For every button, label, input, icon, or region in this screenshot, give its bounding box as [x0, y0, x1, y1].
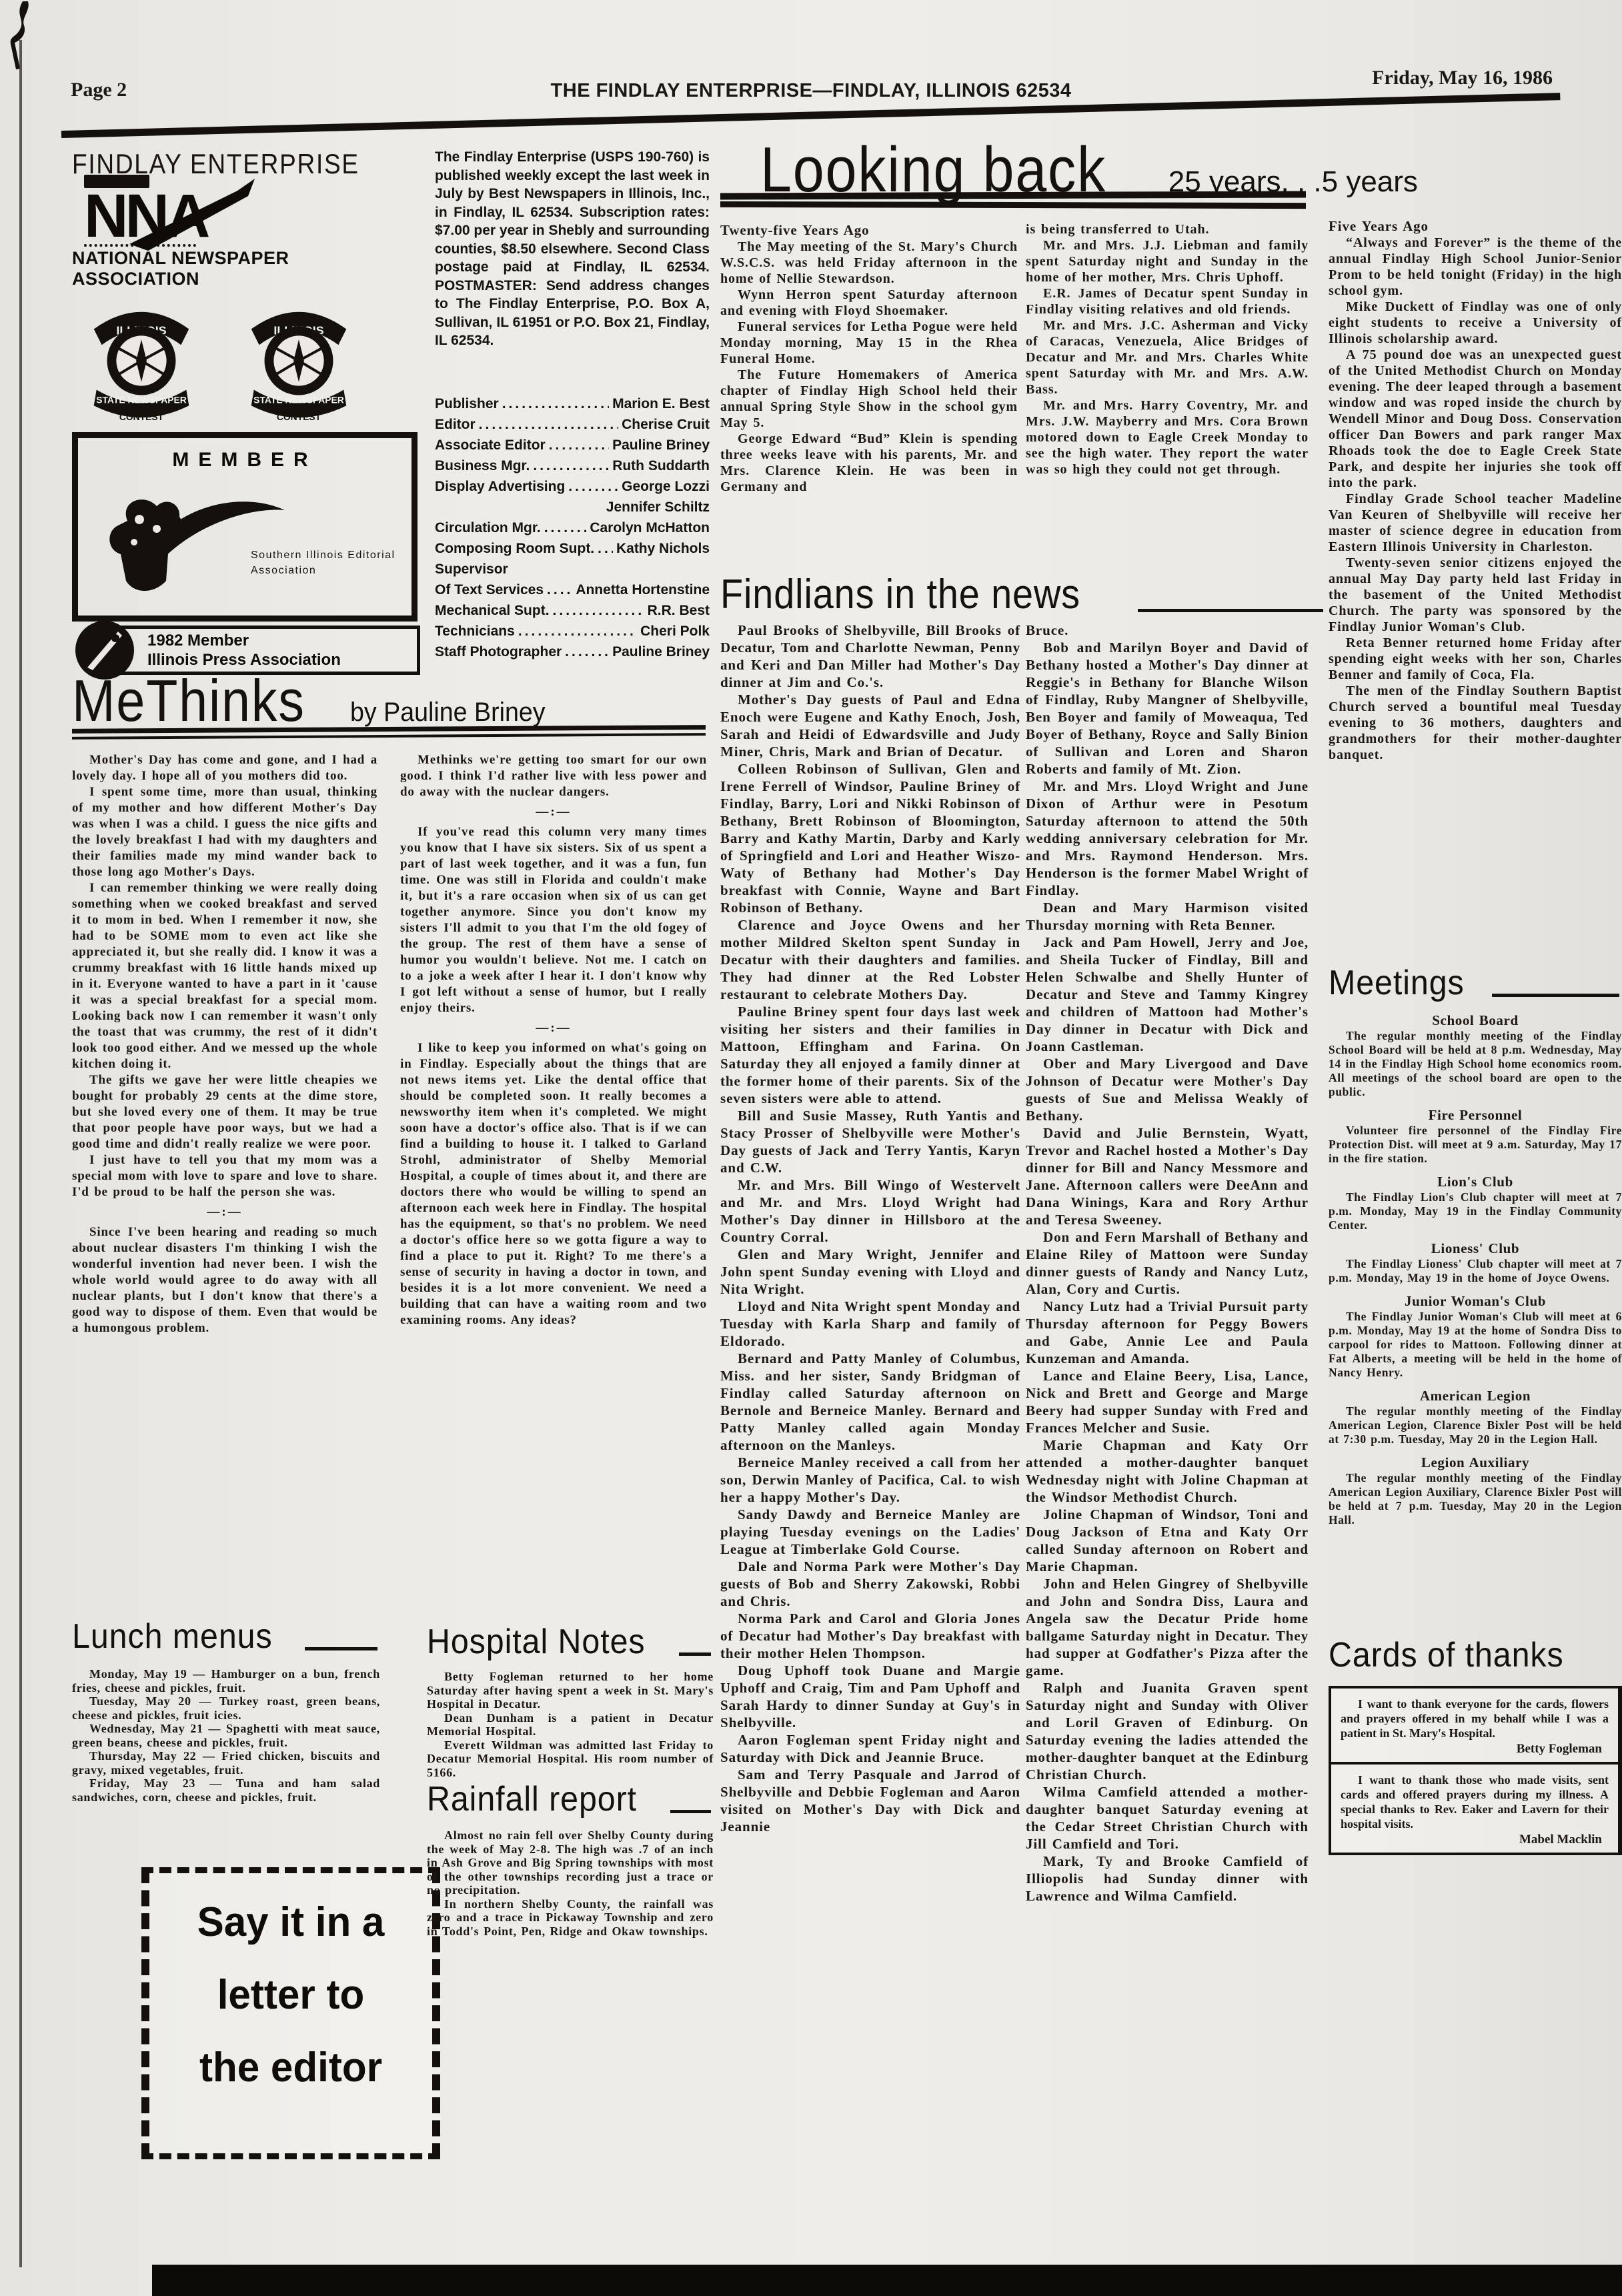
paragraph: David and Julie Bernstein, Wyatt, Trevor… [1026, 1124, 1309, 1228]
paragraph: Joline Chapman of Windsor, Toni and Doug… [1026, 1506, 1309, 1575]
meeting-section-body: The regular monthly meeting of the Findl… [1329, 1029, 1622, 1099]
rainfall-report-header: Rainfall report [427, 1779, 714, 1819]
svg-text:STATE NEWSPAPER: STATE NEWSPAPER [96, 394, 187, 405]
contest-badge-icon: ILLINOIS STATE NEWSPAPER CONTEST [75, 292, 208, 424]
staff-role: Business Mgr. [435, 455, 530, 476]
paragraph: the editor [153, 2044, 428, 2091]
paragraph: The men of the Findlay Southern Baptist … [1329, 683, 1622, 763]
paragraph: Mother's Day guests of Paul and Edna Eno… [720, 691, 1020, 760]
paragraph: Reta Benner returned home Friday after s… [1329, 635, 1622, 683]
twenty-five-years-ago-body: The May meeting of the St. Mary's Church… [720, 239, 1018, 495]
dot-leader [479, 414, 618, 435]
staff-row: Business Mgr.Ruth Suddarth [435, 455, 710, 476]
cards-of-thanks-header: Cards of thanks [1329, 1635, 1622, 1675]
meeting-section: American LegionThe regular monthly meeti… [1329, 1389, 1622, 1446]
paragraph: Jack and Pam Howell, Jerry and Joe, and … [1026, 934, 1309, 1055]
staff-role: Publisher [435, 393, 499, 414]
quill-icon [124, 176, 277, 256]
dot-leader [553, 600, 644, 621]
paragraph: Nancy Lutz had a Trivial Pursuit party T… [1026, 1298, 1309, 1367]
paragraph: Bob and Marilyn Boyer and David of Betha… [1026, 639, 1309, 778]
methinks-column-1: Mother's Day has come and gone, and I ha… [72, 752, 377, 1336]
card-of-thanks-note: I want to thank those who made visits, s… [1331, 1762, 1618, 1853]
dog-and-quill-icon [87, 481, 294, 608]
staff-role: Of Text Services [435, 580, 544, 600]
meeting-section-title: Fire Personnel [1329, 1108, 1622, 1122]
lunch-menus-body: Monday, May 19 — Hamburger on a bun, fre… [72, 1667, 380, 1804]
looking-back-column-25yrs: Twenty-five Years Ago The May meeting of… [720, 221, 1018, 495]
staff-role: Mechanical Supt. [435, 600, 550, 621]
rainfall-report-title: Rainfall report [427, 1779, 637, 1819]
paragraph: Wynn Herron spent Saturday afternoon and… [720, 287, 1018, 319]
svg-text:CONTEST: CONTEST [277, 411, 321, 422]
nna-logo: NNA [84, 175, 297, 247]
paragraph: Sam and Terry Pasquale and Jarrod of She… [720, 1766, 1020, 1835]
staff-name: Annetta Hortenstine [576, 580, 710, 600]
staff-list: PublisherMarion E. BestEditorCherise Cru… [435, 393, 710, 662]
staff-row: EditorCherise Cruit [435, 414, 710, 435]
paragraph: Methinks we're getting too smart for our… [400, 752, 707, 800]
paragraph: Doug Uphoff took Duane and Margie Uphoff… [720, 1662, 1020, 1731]
paragraph: Betty Fogleman returned to her home Satu… [427, 1670, 714, 1711]
staff-name: George Lozzi [622, 476, 710, 497]
staff-row: Supervisor [435, 559, 710, 580]
paragraph: The Future Homemakers of America chapter… [720, 367, 1018, 431]
paragraph: Bernard and Patty Manley of Columbus, Mi… [720, 1350, 1020, 1454]
note-signature: Betty Fogleman [1341, 1741, 1609, 1757]
twenty-five-years-ago-head: Twenty-five Years Ago [720, 221, 1018, 239]
paragraph: Funeral services for Letha Pogue were he… [720, 319, 1018, 367]
paragraph: Friday, May 23 — Tuna and ham salad sand… [72, 1777, 380, 1804]
methinks-column-2: Methinks we're getting too smart for our… [400, 752, 707, 1328]
looking-back-rule [720, 201, 1306, 209]
dot-leader [568, 476, 618, 497]
ipa-label: 1982 Member Illinois Press Association [147, 631, 417, 670]
hospital-notes-header: Hospital Notes [427, 1622, 714, 1662]
contest-badge-icon: ILLINOIS STATE NEWSPAPER CONTEST [232, 292, 365, 424]
issue-date: Friday, May 16, 1986 [1372, 67, 1553, 89]
meeting-section-body: The Findlay Lion's Club chapter will mee… [1329, 1190, 1622, 1232]
svg-text:CONTEST: CONTEST [119, 411, 164, 422]
staff-role: Supervisor [435, 559, 508, 580]
rainfall-report-body: Almost no rain fell over Shelby County d… [427, 1829, 714, 1938]
paragraph: Since I've been hearing and reading so m… [72, 1224, 377, 1336]
staff-row: TechniciansCheri Polk [435, 621, 710, 642]
dot-leader [549, 435, 609, 455]
paragraph: Mr. and Mrs. Harry Coventry, Mr. and Mrs… [1026, 397, 1309, 477]
paragraph: George Edward “Bud” Klein is spending th… [720, 431, 1018, 495]
staff-role: Editor [435, 414, 476, 435]
meeting-section-title: Legion Auxiliary [1329, 1456, 1622, 1470]
five-years-ago-head: Five Years Ago [1329, 217, 1622, 235]
staff-role: Composing Room Supt. [435, 538, 594, 559]
staff-row: Composing Room Supt.Kathy Nichols [435, 538, 710, 559]
paragraph: Don and Fern Marshall of Bethany and Ela… [1026, 1228, 1309, 1298]
meetings-body: School BoardThe regular monthly meeting … [1329, 1011, 1622, 1536]
dot-leader [544, 517, 587, 538]
paragraph: John and Helen Gingrey of Shelbyville an… [1026, 1575, 1309, 1679]
bottom-scan-bar [152, 2265, 1622, 2296]
paragraph: Mr. and Mrs. J.C. Asherman and Vicky of … [1026, 317, 1309, 397]
paragraph: The gifts we gave her were little cheapi… [72, 1072, 377, 1152]
meeting-section: Fire PersonnelVolunteer fire personnel o… [1329, 1108, 1622, 1166]
member-label: MEMBER [78, 449, 412, 471]
methinks-header: MeThinks by Pauline Briney [72, 667, 707, 735]
paragraph: Twenty-seven senior citizens enjoyed the… [1329, 555, 1622, 635]
paragraph: Lloyd and Nita Wright spent Monday and T… [720, 1298, 1020, 1350]
paragraph: E.R. James of Decatur spent Sunday in Fi… [1026, 285, 1309, 317]
meeting-section-body: The regular monthly meeting of the Findl… [1329, 1404, 1622, 1446]
paragraph: I spent some time, more than usual, thin… [72, 784, 377, 880]
paragraph: Marie Chapman and Katy Orr attended a mo… [1026, 1436, 1309, 1506]
meeting-section: Junior Woman's ClubThe Findlay Junior Wo… [1329, 1294, 1622, 1380]
staff-row: Jennifer Schiltz [435, 497, 710, 517]
newspaper-page: Page 2 THE FINDLAY ENTERPRISE—FINDLAY, I… [0, 0, 1622, 2296]
note-signature: Mabel Macklin [1341, 1831, 1609, 1847]
staff-row: Associate EditorPauline Briney [435, 435, 710, 455]
paragraph: I just have to tell you that my mom was … [72, 1152, 377, 1200]
meetings-title: Meetings [1329, 963, 1465, 1003]
paragraph: I can remember thinking we were really d… [72, 880, 377, 1072]
meeting-section-title: Lion's Club [1329, 1175, 1622, 1189]
scan-edge-line [19, 40, 22, 2267]
letter-to-editor-box: Say it in aletter tothe editor [141, 1867, 440, 2159]
paragraph: Paul Brooks of Shelbyville, Bill Brooks … [720, 622, 1020, 691]
dot-leader [547, 580, 572, 600]
hospital-notes-title: Hospital Notes [427, 1622, 646, 1662]
findlians-header: Findlians in the news [720, 571, 1326, 618]
hospital-notes-body: Betty Fogleman returned to her home Satu… [427, 1670, 714, 1779]
siea-name: Southern Illinois Editorial Association [251, 547, 401, 578]
hospital-notes-rule [679, 1652, 711, 1656]
paragraph: Mark, Ty and Brooke Camfield of Illiopol… [1026, 1853, 1309, 1905]
meeting-section-body: The Findlay Lioness' Club chapter will m… [1329, 1257, 1622, 1285]
paragraph: Dean and Mary Harmison visited Thursday … [1026, 899, 1309, 934]
note-text: I want to thank those who made visits, s… [1341, 1773, 1609, 1831]
lunch-menus-title: Lunch menus [72, 1616, 273, 1656]
staff-row: PublisherMarion E. Best [435, 393, 710, 414]
paragraph: is being transferred to Utah. [1026, 221, 1309, 237]
paragraph: Mr. and Mrs. Lloyd Wright and June Dixon… [1026, 778, 1309, 899]
lunch-menus-header: Lunch menus [72, 1616, 380, 1656]
staff-name: Cheri Polk [640, 621, 710, 642]
staff-role: Staff Photographer [435, 642, 562, 662]
dot-leader [502, 393, 609, 414]
staff-role: Display Advertising [435, 476, 565, 497]
meeting-section: Lioness' ClubThe Findlay Lioness' Club c… [1329, 1242, 1622, 1285]
paragraph: Almost no rain fell over Shelby County d… [427, 1829, 714, 1897]
findlians-rule [1138, 609, 1323, 612]
contest-badges: ILLINOIS STATE NEWSPAPER CONTEST ILLINOI… [75, 292, 365, 424]
paragraph: Everett Wildman was admitted last Friday… [427, 1739, 714, 1780]
meeting-section-body: Volunteer fire personnel of the Findlay … [1329, 1124, 1622, 1166]
paragraph: Mr. and Mrs. Bill Wingo of Westervelt an… [720, 1176, 1020, 1246]
paragraph: Ralph and Juanita Graven spent Saturday … [1026, 1679, 1309, 1783]
paragraph: Colleen Robinson of Sullivan, Glen and I… [720, 760, 1020, 916]
staff-row: Display AdvertisingGeorge Lozzi [435, 476, 710, 497]
scan-pen-mark [3, 0, 76, 73]
staff-name: Carolyn McHatton [590, 517, 710, 538]
paragraph: letter to [153, 1971, 428, 2019]
meeting-section: Lion's ClubThe Findlay Lion's Club chapt… [1329, 1175, 1622, 1232]
five-years-ago-body: “Always and Forever” is the theme of the… [1329, 235, 1622, 763]
dot-leader [518, 621, 637, 642]
paragraph: The May meeting of the St. Mary's Church… [720, 239, 1018, 287]
note-text: I want to thank everyone for the cards, … [1341, 1696, 1609, 1741]
nna-association-label: NATIONAL NEWSPAPER ASSOCIATION [72, 248, 359, 289]
paragraph: Sandy Dawdy and Berneice Manley are play… [720, 1506, 1020, 1558]
meeting-section-title: Junior Woman's Club [1329, 1294, 1622, 1308]
paragraph: Wilma Camfield attended a mother-daughte… [1026, 1783, 1309, 1853]
staff-name: Marion E. Best [612, 393, 710, 414]
paragraph: Say it in a [153, 1899, 428, 1946]
meeting-section-body: The regular monthly meeting of the Findl… [1329, 1471, 1622, 1527]
findlians-column-2: Bruce.Bob and Marilyn Boyer and David of… [1026, 622, 1309, 1905]
meeting-section-title: Lioness' Club [1329, 1242, 1622, 1256]
paragraph: Aaron Fogleman spent Friday night and Sa… [720, 1731, 1020, 1766]
cards-of-thanks-title: Cards of thanks [1329, 1635, 1564, 1675]
methinks-title: MeThinks [72, 667, 305, 735]
staff-name: Jennifer Schiltz [606, 497, 710, 517]
staff-role: Associate Editor [435, 435, 546, 455]
paragraph: Clarence and Joyce Owens and her mother … [720, 916, 1020, 1003]
paragraph: Bruce. [1026, 622, 1309, 639]
cards-of-thanks-box: I want to thank everyone for the cards, … [1329, 1686, 1622, 1855]
paragraph: In northern Shelby County, the rainfall … [427, 1897, 714, 1939]
paragraph: I like to keep you informed on what's go… [400, 1040, 707, 1328]
staff-name: Ruth Suddarth [612, 455, 710, 476]
paragraph: Dean Dunham is a patient in Decatur Memo… [427, 1711, 714, 1739]
svg-text:STATE NEWSPAPER: STATE NEWSPAPER [253, 394, 344, 405]
paragraph: If you've read this column very many tim… [400, 824, 707, 1016]
staff-row: Circulation Mgr.Carolyn McHatton [435, 517, 710, 538]
staff-name: R.R. Best [648, 600, 710, 621]
paragraph: Tuesday, May 20 — Turkey roast, green be… [72, 1694, 380, 1722]
paragraph: Mr. and Mrs. J.J. Liebman and family spe… [1026, 237, 1309, 285]
paragraph: Wednesday, May 21 — Spaghetti with meat … [72, 1722, 380, 1749]
looking-back-column-5yrs: Five Years Ago “Always and Forever” is t… [1329, 217, 1622, 763]
paragraph: Lance and Elaine Beery, Lisa, Lance, Nic… [1026, 1367, 1309, 1436]
paragraph: Thursday, May 22 — Fried chicken, biscui… [72, 1749, 380, 1777]
paragraph: Pauline Briney spent four days last week… [720, 1003, 1020, 1107]
methinks-byline: by Pauline Briney [350, 698, 546, 728]
lunch-menus-rule [305, 1647, 377, 1650]
paragraph: Ober and Mary Livergood and Dave Johnson… [1026, 1055, 1309, 1124]
meetings-header: Meetings [1329, 963, 1622, 1003]
paragraph: —:— [72, 1204, 377, 1220]
siea-member-box: MEMBER Southern Illinois Editorial Assoc… [72, 432, 418, 622]
paragraph: Berneice Manley received a call from her… [720, 1454, 1020, 1506]
staff-row: Mechanical Supt.R.R. Best [435, 600, 710, 621]
meeting-section-title: American Legion [1329, 1389, 1622, 1403]
staff-name: Kathy Nichols [616, 538, 710, 559]
staff-role: Technicians [435, 621, 515, 642]
staff-row: Staff PhotographerPauline Briney [435, 642, 710, 662]
dot-leader [565, 642, 609, 662]
meeting-section-body: The Findlay Junior Woman's Club will mee… [1329, 1310, 1622, 1380]
card-of-thanks-note: I want to thank everyone for the cards, … [1331, 1688, 1618, 1762]
paragraph: Mother's Day has come and gone, and I ha… [72, 752, 377, 784]
meeting-section-title: School Board [1329, 1014, 1622, 1028]
paragraph: Mike Duckett of Findlay was one of only … [1329, 299, 1622, 347]
staff-row: Of Text ServicesAnnetta Hortenstine [435, 580, 710, 600]
paragraph: Monday, May 19 — Hamburger on a bun, fre… [72, 1667, 380, 1694]
paragraph: Glen and Mary Wright, Jennifer and John … [720, 1246, 1020, 1298]
findlians-title: Findlians in the news [720, 571, 1080, 618]
rainfall-report-rule [670, 1810, 711, 1813]
paragraph: A 75 pound doe was an unexpected guest o… [1329, 347, 1622, 491]
paragraph: Dale and Norma Park were Mother's Day gu… [720, 1558, 1020, 1610]
looking-back-column-middle: is being transferred to Utah.Mr. and Mrs… [1026, 221, 1309, 477]
meeting-section: School BoardThe regular monthly meeting … [1329, 1014, 1622, 1099]
publication-info: The Findlay Enterprise (USPS 190-760) is… [435, 148, 710, 350]
paragraph: Bill and Susie Massey, Ruth Yantis and S… [720, 1107, 1020, 1176]
meetings-rule [1492, 994, 1619, 997]
dot-leader [533, 455, 609, 476]
paragraph: “Always and Forever” is the theme of the… [1329, 235, 1622, 299]
staff-role: Circulation Mgr. [435, 517, 541, 538]
meeting-section: Legion AuxiliaryThe regular monthly meet… [1329, 1456, 1622, 1527]
staff-name: Cherise Cruit [622, 414, 710, 435]
paragraph: —:— [400, 804, 707, 820]
dot-leader [598, 538, 613, 559]
paragraph: Norma Park and Carol and Gloria Jones of… [720, 1610, 1020, 1662]
staff-name: Pauline Briney [612, 435, 710, 455]
staff-name: Pauline Briney [612, 642, 710, 662]
paragraph: —:— [400, 1020, 707, 1036]
paragraph: Findlay Grade School teacher Madeline Va… [1329, 491, 1622, 555]
findlians-column-1: Paul Brooks of Shelbyville, Bill Brooks … [720, 622, 1020, 1835]
